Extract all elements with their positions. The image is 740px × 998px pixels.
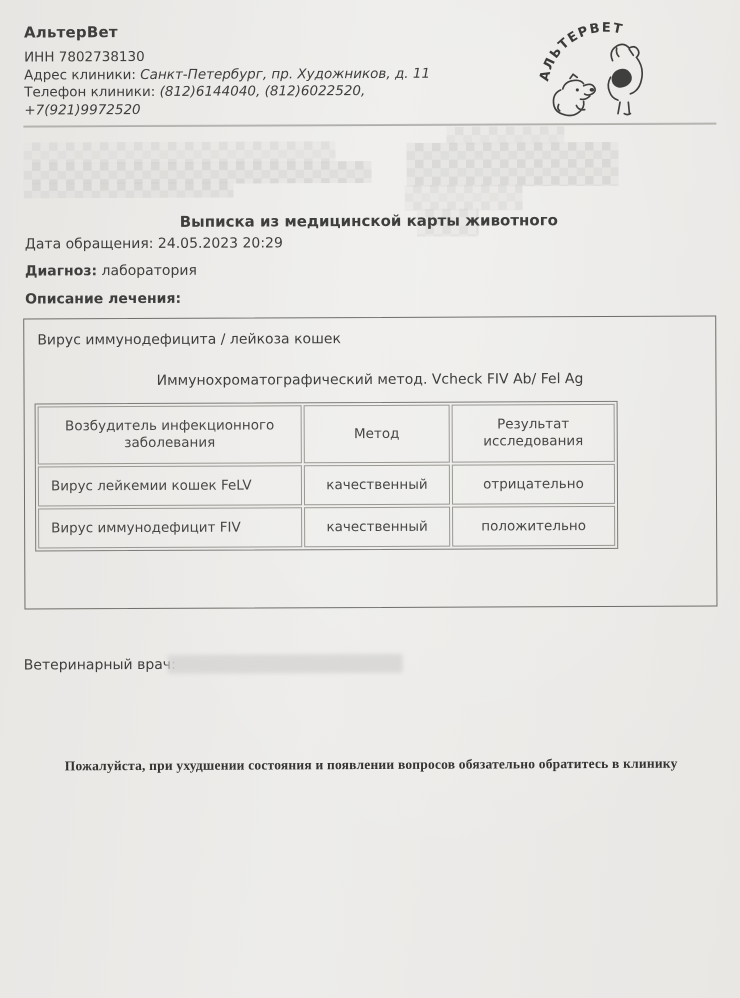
clinic-address-label: Адрес клиники: [24, 67, 136, 83]
clinic-name: АльтерВет [24, 23, 118, 41]
table-row: Вирус лейкемии кошек FeLV качественный о… [38, 464, 615, 507]
clinic-address-line: Адрес клиники: Санкт-Петербург, пр. Худо… [24, 65, 430, 84]
vet-line: Ветеринарный врач: [24, 657, 176, 674]
diagnosis-value: лаборатория [101, 263, 196, 279]
table-cell-method: качественный [304, 465, 450, 506]
redacted-owner-info-mosaic [24, 182, 234, 199]
lab-results-table: Возбудитель инфекционного заболевания Ме… [35, 401, 619, 552]
table-cell-pathogen: Вирус лейкемии кошек FeLV [38, 465, 302, 506]
diagnosis-label: Диагноз: [25, 263, 97, 279]
redacted-vet-name [168, 654, 403, 674]
lab-method-line: Иммунохроматографический метод. Vcheck F… [24, 370, 715, 389]
table-header-row: Возбудитель инфекционного заболевания Ме… [38, 404, 615, 465]
vet-label: Ветеринарный врач: [24, 657, 176, 674]
scanned-medical-record: АльтерВет ИНН 7802738130 Адрес клиники: … [0, 0, 740, 998]
clinic-phone-line: Телефон клиники: (812)6144040, (812)6022… [24, 83, 430, 102]
paper-sheet: АльтерВет ИНН 7802738130 Адрес клиники: … [0, 0, 740, 998]
dog-sitting-icon [608, 44, 642, 114]
lab-section-title: Вирус иммунодефицита / лейкоза кошек [37, 331, 341, 348]
visit-date-value: 24.05.2023 20:29 [158, 235, 283, 252]
document-title: Выписка из медицинской карты животного [0, 210, 739, 231]
footer-notice: Пожалуйста, при ухудшении состояния и по… [1, 755, 740, 774]
table-row: Вирус иммунодефицит FIV качественный пол… [38, 506, 615, 549]
clinic-phone-label: Телефон клиники: [24, 84, 155, 101]
clinic-phone-value: (812)6144040, (812)6022520, [160, 83, 366, 100]
table-cell-method: качественный [304, 507, 450, 548]
visit-date-label: Дата обращения: [25, 236, 154, 253]
table-cell-pathogen: Вирус иммунодефицит FIV [38, 507, 302, 548]
table-cell-result: положительно [452, 506, 615, 547]
diagnosis-line: Диагноз: лаборатория [25, 263, 197, 280]
clinic-inn: ИНН 7802738130 [24, 48, 430, 67]
clinic-address-value: Санкт-Петербург, пр. Художников, д. 11 [140, 65, 430, 82]
redacted-patient-info-mosaic [406, 142, 618, 187]
table-header-method: Метод [304, 405, 450, 464]
table-header-result: Результат исследования [452, 404, 615, 463]
treatment-heading: Описание лечения: [25, 291, 181, 308]
dog-head-icon [553, 74, 595, 115]
clinic-phone-line2: +7(921)9972520 [24, 100, 430, 119]
table-header-pathogen: Возбудитель инфекционного заболевания [38, 405, 302, 464]
clinic-info-block: ИНН 7802738130 Адрес клиники: Санкт-Пете… [24, 48, 430, 120]
visit-date-line: Дата обращения: 24.05.2023 20:29 [25, 235, 283, 252]
table-cell-result: отрицательно [452, 464, 615, 505]
lab-report-box: Вирус иммунодефицита / лейкоза кошек Имм… [23, 315, 717, 609]
clinic-logo: АЛЬТЕРВЕТ [536, 17, 664, 122]
header-divider [23, 122, 716, 127]
redacted-patient-info-mosaic [405, 184, 523, 211]
